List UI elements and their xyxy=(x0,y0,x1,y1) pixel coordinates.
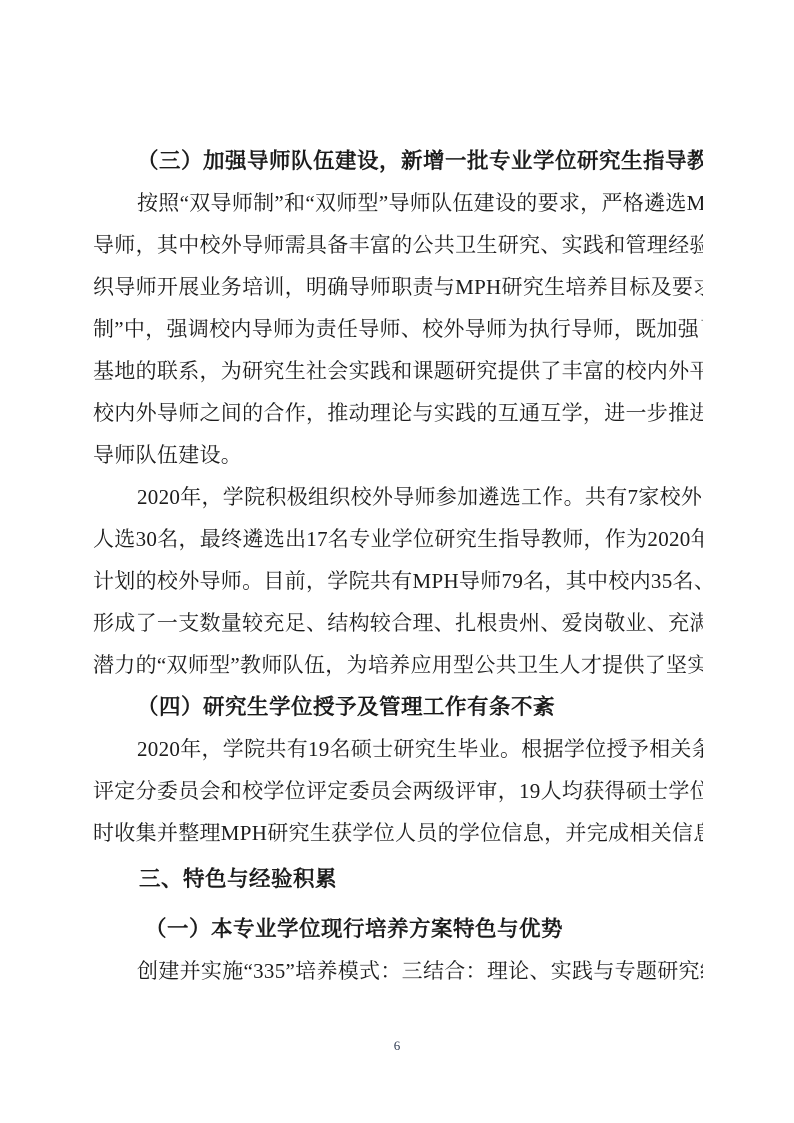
paragraph-2-line-2: 人选30名，最终遴选出17名专业学位研究生指导教师，作为2020年MPH增量招生 xyxy=(93,518,703,560)
paragraph-3-line-3: 时收集并整理MPH研究生获学位人员的学位信息，并完成相关信息的报送工作。 xyxy=(93,812,703,854)
paragraph-4-line-1: 创建并实施“335”培养模式：三结合：理论、实践与专题研究结合；三要 xyxy=(93,950,703,992)
heading-subsection-1: （一）本专业学位现行培养方案特色与优势 xyxy=(93,908,703,950)
paragraph-2-line-4: 形成了一支数量较充足、结构较合理、扎根贵州、爱岗敬业、充满活力且有发展 xyxy=(93,602,703,644)
paragraph-1-line-1: 按照“双导师制”和“双师型”导师队伍建设的要求，严格遴选MPH研究生 xyxy=(93,182,703,224)
paragraph-2-line-1: 2020年，学院积极组织校外导师参加遴选工作。共有7家校外单位推荐导师 xyxy=(93,476,703,518)
page-content: （三）加强导师队伍建设，新增一批专业学位研究生指导教师 按照“双导师制”和“双师… xyxy=(93,140,703,992)
paragraph-2-line-5: 潜力的“双师型”教师队伍，为培养应用型公共卫生人才提供了坚实的师资保障。 xyxy=(93,644,703,686)
heading-section-3: （三）加强导师队伍建设，新增一批专业学位研究生指导教师 xyxy=(93,140,703,182)
paragraph-2-line-3: 计划的校外导师。目前，学院共有MPH导师79名，其中校内35名、校外44名，已 xyxy=(93,560,703,602)
paragraph-1-line-2: 导师，其中校外导师需具备丰富的公共卫生研究、实践和管理经验。学院定期组 xyxy=(93,224,703,266)
paragraph-3-line-1: 2020年，学院共有19名硕士研究生毕业。根据学位授予相关条例，经过学位 xyxy=(93,728,703,770)
heading-part-3: 三、特色与经验积累 xyxy=(93,858,703,900)
paragraph-1-line-5: 基地的联系，为研究生社会实践和课题研究提供了丰富的校内外平台，又促进了 xyxy=(93,350,703,392)
paragraph-1-line-6: 校内外导师之间的合作，推动理论与实践的互通互学，进一步推进了“双师型” xyxy=(93,392,703,434)
paragraph-3-line-2: 评定分委员会和校学位评定委员会两级评审，19人均获得硕士学位。研究生科及 xyxy=(93,770,703,812)
paragraph-1-line-4: 制”中，强调校内导师为责任导师、校外导师为执行导师，既加强了学校与实践 xyxy=(93,308,703,350)
paragraph-1-line-7: 导师队伍建设。 xyxy=(93,434,703,476)
document-page: （三）加强导师队伍建设，新增一批专业学位研究生指导教师 按照“双导师制”和“双师… xyxy=(0,0,794,1123)
page-number: 6 xyxy=(0,1036,794,1056)
paragraph-1-line-3: 织导师开展业务培训，明确导师职责与MPH研究生培养目标及要求。在“双导师 xyxy=(93,266,703,308)
heading-section-4: （四）研究生学位授予及管理工作有条不紊 xyxy=(93,686,703,728)
